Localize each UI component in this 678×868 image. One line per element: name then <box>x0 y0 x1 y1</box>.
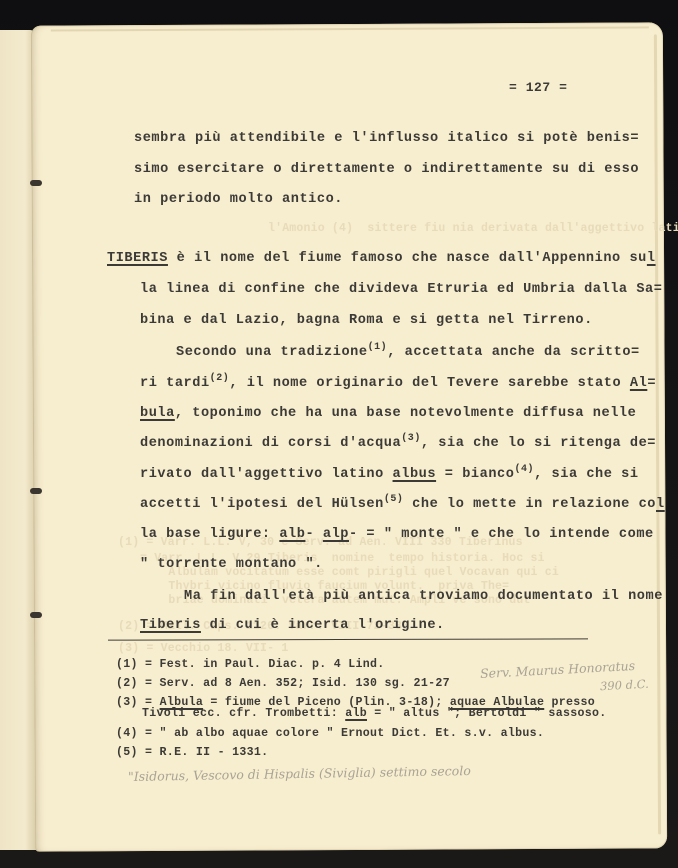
footnote-text: = " ab albo aquae colore " Ernout Dict. … <box>138 727 544 740</box>
footnote-5: (5) = R.E. II - 1331. <box>116 746 268 759</box>
body-line: rivato dall'aggettivo latino albus = bia… <box>140 467 639 482</box>
text-span: - <box>305 527 322 542</box>
footnote-ref: (3) <box>401 433 421 444</box>
text-span: Al <box>630 376 647 391</box>
text-span: , accettata anche da scritto= <box>387 345 640 360</box>
text-span: , sia che lo si ritenga de= <box>421 436 656 451</box>
text-span: denominazioni di corsi d'acqua <box>140 436 401 451</box>
entry-first-line: TIBERIS è il nome del fiume famoso che n… <box>107 251 656 266</box>
text-span: la base ligure: <box>140 527 279 542</box>
text-span: l <box>656 497 665 512</box>
footnote-number: (2) <box>116 677 138 690</box>
text-span: = bianco <box>436 467 514 482</box>
footnote-number: (1) <box>116 658 138 671</box>
body-line: la linea di confine che divideva Etruria… <box>140 282 662 297</box>
footnote-text: alb <box>345 707 367 720</box>
text-span: alb <box>279 527 305 542</box>
page-number: = 127 = <box>509 80 567 95</box>
entry-headword: TIBERIS <box>107 251 168 266</box>
body-line: la base ligure: alb- alp- = " monte " e … <box>140 527 654 542</box>
body-line: " torrente montano ". <box>140 557 323 572</box>
body-line: accetti l'ipotesi del Hülsen(5) che lo m… <box>140 497 665 512</box>
footnote-number: (3) <box>116 696 138 709</box>
page-top-edge <box>51 26 649 31</box>
text-span: , toponimo che ha una base notevolmente … <box>175 406 637 421</box>
text-span: - = " monte " e che lo intende come <box>349 527 654 542</box>
footnote-ref: (1) <box>368 342 388 353</box>
body-line: in periodo molto antico. <box>134 192 343 207</box>
footnote-text: = " altus "; Bertoldi " sassoso. <box>367 707 607 720</box>
body-line: denominazioni di corsi d'acqua(3), sia c… <box>140 436 656 451</box>
binding-ring-hole <box>30 612 42 618</box>
binding-ring-hole <box>30 488 42 494</box>
body-line: Tiberis di cui è incerta l'origine. <box>140 618 445 633</box>
text-span: rivato dall'aggettivo latino <box>140 467 393 482</box>
text-span: , il nome originario del Tevere sarebbe … <box>229 376 630 391</box>
text-span: bula <box>140 406 175 421</box>
text-span: Secondo una tradizione <box>176 345 368 360</box>
text-span: = <box>647 376 656 391</box>
bleed-through-text: l'Amonio (4) sittere fiu nia derivata da… <box>268 222 678 235</box>
binding-ring-hole <box>30 180 42 186</box>
body-line: Ma fin dall'età più antica troviamo docu… <box>184 589 663 604</box>
footnote-1: (1) = Fest. in Paul. Diac. p. 4 Lind. <box>116 658 385 671</box>
handwritten-margin-date: 390 d.C. <box>600 677 649 694</box>
body-line: ri tardi(2), il nome originario del Teve… <box>140 376 656 391</box>
text-span: alp <box>323 527 349 542</box>
footnote-number: (4) <box>116 727 138 740</box>
footnote-ref: (2) <box>210 373 230 384</box>
text-span: è il nome del fiume famoso che nasce dal… <box>168 251 647 266</box>
body-line: simo esercitare o direttamente o indiret… <box>134 162 639 177</box>
footnote-2: (2) = Serv. ad 8 Aen. 352; Isid. 130 sg.… <box>116 677 450 690</box>
bleed-through-text: (3) = Vecchio 18. VII- 1 <box>118 642 288 655</box>
text-span: , sia che si <box>534 467 639 482</box>
text-span: accetti l'ipotesi del Hülsen <box>140 497 384 512</box>
text-span: albus <box>393 467 437 482</box>
footnote-ref: (4) <box>514 464 534 475</box>
footnote-ref: (5) <box>384 494 404 505</box>
body-line: Secondo una tradizione(1), accettata anc… <box>176 345 640 360</box>
body-line: bula, toponimo che ha una base notevolme… <box>140 406 636 421</box>
footnote-text: Tivoli ecc. cfr. Trombetti: <box>142 707 345 720</box>
page-right-edge <box>654 34 661 834</box>
footnote-3-continuation: Tivoli ecc. cfr. Trombetti: alb = " altu… <box>142 707 607 720</box>
text-span: Tiberis <box>140 618 201 633</box>
footnote-number: (5) <box>116 746 138 759</box>
footnote-text: = R.E. II - 1331. <box>138 746 269 759</box>
text-span: l <box>647 251 656 266</box>
footnote-text: = Fest. in Paul. Diac. p. 4 Lind. <box>138 658 385 671</box>
text-span: che lo mette in relazione co <box>403 497 656 512</box>
body-line: bina e dal Lazio, bagna Roma e si getta … <box>140 313 593 328</box>
text-span: di cui è incerta l'origine. <box>201 618 445 633</box>
body-line: sembra più attendibile e l'influsso ital… <box>134 131 639 146</box>
text-span: ri tardi <box>140 376 210 391</box>
footnote-text: = Serv. ad 8 Aen. 352; Isid. 130 sg. 21-… <box>138 677 450 690</box>
footnote-4: (4) = " ab albo aquae colore " Ernout Di… <box>116 727 544 740</box>
